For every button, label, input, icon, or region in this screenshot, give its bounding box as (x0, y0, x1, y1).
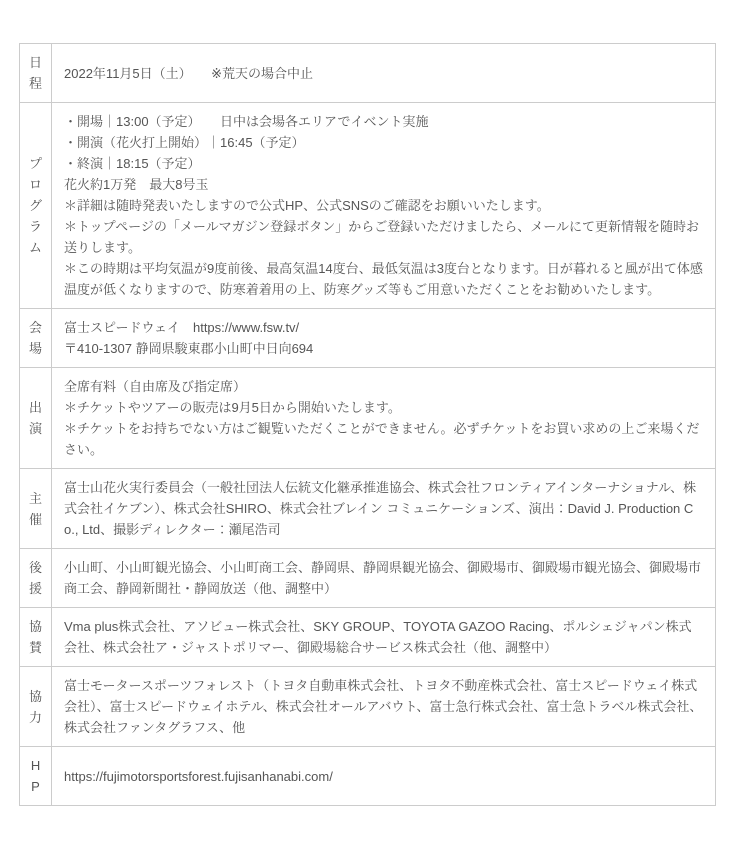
event-info-table: 日程 2022年11月5日（土） ※荒天の場合中止 プログラム ・開場｜13:0… (19, 43, 716, 806)
table-row-sponsors: 協賛 Vma plus株式会社、アソビュー株式会社、SKY GROUP、TOYO… (20, 608, 716, 667)
row-label-venue: 会場 (20, 309, 52, 368)
table-row-support: 後援 小山町、小山町観光協会、小山町商工会、静岡県、静岡県観光協会、御殿場市、御… (20, 549, 716, 608)
table-row-tickets: 出演 全席有料（自由席及び指定席） ＊チケットやツアーの販売は9月5日から開始い… (20, 368, 716, 469)
row-content-program: ・開場｜13:00（予定） 日中は会場各エリアでイベント実施 ・開演（花火打上開… (52, 103, 716, 309)
event-info-page: 日程 2022年11月5日（土） ※荒天の場合中止 プログラム ・開場｜13:0… (19, 43, 716, 806)
row-label-organizer: 主催 (20, 469, 52, 549)
row-content-organizer: 富士山花火実行委員会（一般社団法人伝統文化継承推進協会、株式会社フロンティアイン… (52, 469, 716, 549)
table-row-program: プログラム ・開場｜13:00（予定） 日中は会場各エリアでイベント実施 ・開演… (20, 103, 716, 309)
table-row-organizer: 主催 富士山花火実行委員会（一般社団法人伝統文化継承推進協会、株式会社フロンティ… (20, 469, 716, 549)
row-content-tickets: 全席有料（自由席及び指定席） ＊チケットやツアーの販売は9月5日から開始いたしま… (52, 368, 716, 469)
row-content-sponsors: Vma plus株式会社、アソビュー株式会社、SKY GROUP、TOYOTA … (52, 608, 716, 667)
row-content-venue: 富士スピードウェイ https://www.fsw.tv/ 〒410-1307 … (52, 309, 716, 368)
row-label-date: 日程 (20, 44, 52, 103)
row-label-cooperation: 協力 (20, 667, 52, 747)
row-label-sponsors: 協賛 (20, 608, 52, 667)
row-content-cooperation: 富士モータースポーツフォレスト（トヨタ自動車株式会社、トヨタ不動産株式会社、富士… (52, 667, 716, 747)
table-row-cooperation: 協力 富士モータースポーツフォレスト（トヨタ自動車株式会社、トヨタ不動産株式会社… (20, 667, 716, 747)
row-label-support: 後援 (20, 549, 52, 608)
table-row-venue: 会場 富士スピードウェイ https://www.fsw.tv/ 〒410-13… (20, 309, 716, 368)
row-content-homepage: https://fujimotorsportsforest.fujisanhan… (52, 747, 716, 806)
table-row-homepage: HP https://fujimotorsportsforest.fujisan… (20, 747, 716, 806)
row-label-homepage: HP (20, 747, 52, 806)
row-content-support: 小山町、小山町観光協会、小山町商工会、静岡県、静岡県観光協会、御殿場市、御殿場市… (52, 549, 716, 608)
row-label-tickets: 出演 (20, 368, 52, 469)
row-content-date: 2022年11月5日（土） ※荒天の場合中止 (52, 44, 716, 103)
row-label-program: プログラム (20, 103, 52, 309)
table-row-date: 日程 2022年11月5日（土） ※荒天の場合中止 (20, 44, 716, 103)
